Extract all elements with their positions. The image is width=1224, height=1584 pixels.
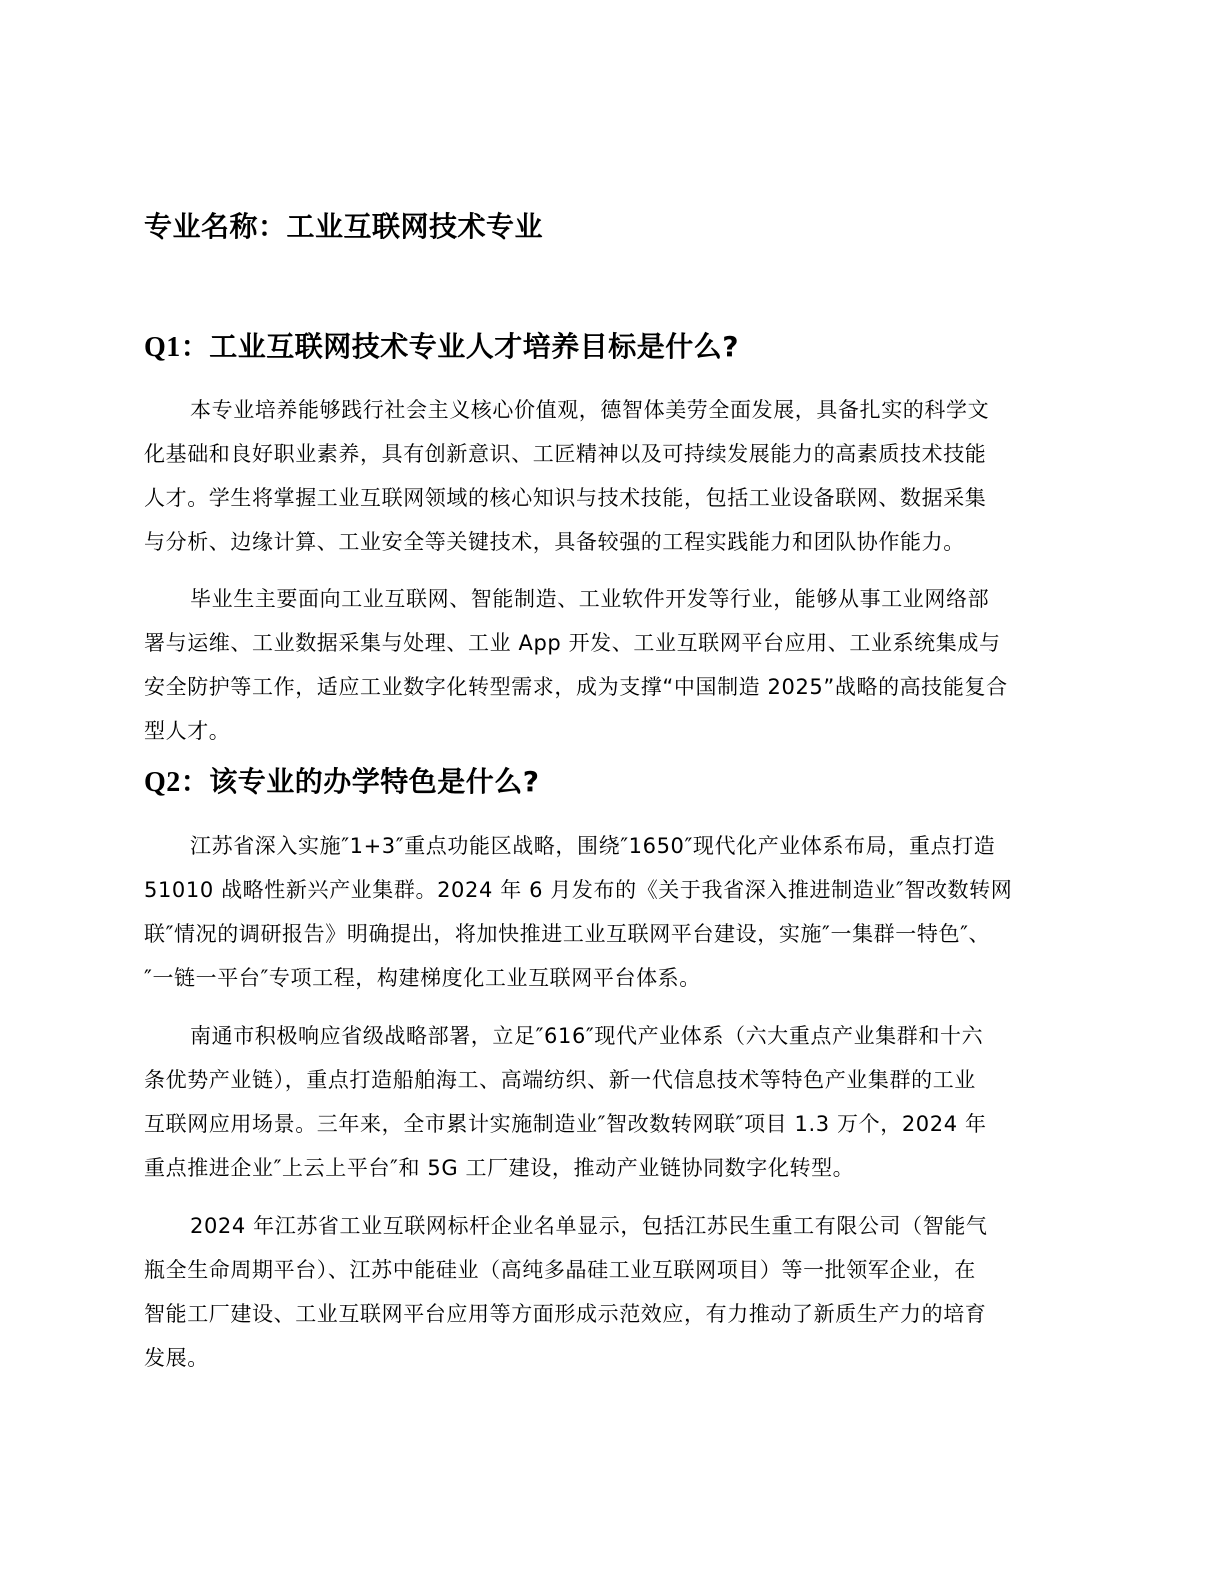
paragraph: 毕业生主要面向工业互联网、智能制造、工业软件开发等行业，能够从事工业网络部 署与…	[144, 577, 1074, 753]
text-line: 安全防护等工作，适应工业数字化转型需求，成为支撑“中国制造 2025”战略的高技…	[144, 665, 1074, 709]
text-line: 江苏省深入实施″1+3″重点功能区战略，围绕″1650″现代化产业体系布局，重点…	[144, 824, 1074, 868]
text-line: 联″情况的调研报告》明确提出，将加快推进工业互联网平台建设，实施″一集群一特色″…	[144, 912, 1074, 956]
text-line: 发展。	[144, 1336, 1074, 1380]
section-heading-q1: Q1：工业互联网技术专业人才培养目标是什么?	[144, 327, 739, 368]
text-line: 重点推进企业″上云上平台″和 5G 工厂建设，推动产业链协同数字化转型。	[144, 1146, 1074, 1190]
paragraph: 江苏省深入实施″1+3″重点功能区战略，围绕″1650″现代化产业体系布局，重点…	[144, 824, 1074, 1000]
text-line: 条优势产业链），重点打造船舶海工、高端纺织、新一代信息技术等特色产业集群的工业	[144, 1058, 1074, 1102]
text-line: 51010 战略性新兴产业集群。2024 年 6 月发布的《关于我省深入推进制造…	[144, 868, 1074, 912]
text-line: 互联网应用场景。三年来，全市累计实施制造业″智改数转网联″项目 1.3 万个，2…	[144, 1102, 1074, 1146]
text-line: 智能工厂建设、工业互联网平台应用等方面形成示范效应，有力推动了新质生产力的培育	[144, 1292, 1074, 1336]
paragraph: 南通市积极响应省级战略部署，立足″616″现代产业体系（六大重点产业集群和十六 …	[144, 1014, 1074, 1190]
text-line: 毕业生主要面向工业互联网、智能制造、工业软件开发等行业，能够从事工业网络部	[144, 577, 1074, 621]
heading-prefix: Q1	[144, 332, 181, 363]
section-heading-q2: Q2：该专业的办学特色是什么?	[144, 762, 540, 803]
text-line: ″一链一平台″专项工程，构建梯度化工业互联网平台体系。	[144, 956, 1074, 1000]
heading-text: ：工业互联网技术专业人才培养目标是什么?	[181, 330, 739, 363]
text-line: 型人才。	[144, 709, 1074, 753]
text-line: 化基础和良好职业素养，具有创新意识、工匠精神以及可持续发展能力的高素质技术技能	[144, 432, 1074, 476]
text-line: 与分析、边缘计算、工业安全等关键技术，具备较强的工程实践能力和团队协作能力。	[144, 520, 1074, 564]
text-line: 署与运维、工业数据采集与处理、工业 App 开发、工业互联网平台应用、工业系统集…	[144, 621, 1074, 665]
text-line: 瓶全生命周期平台）、江苏中能硅业（高纯多晶硅工业互联网项目）等一批领军企业，在	[144, 1248, 1074, 1292]
document-title: 专业名称：工业互联网技术专业	[144, 207, 543, 247]
paragraph: 2024 年江苏省工业互联网标杆企业名单显示，包括江苏民生重工有限公司（智能气 …	[144, 1204, 1074, 1380]
text-line: 南通市积极响应省级战略部署，立足″616″现代产业体系（六大重点产业集群和十六	[144, 1014, 1074, 1058]
heading-text: ：该专业的办学特色是什么?	[181, 765, 540, 798]
text-line: 本专业培养能够践行社会主义核心价值观，德智体美劳全面发展，具备扎实的科学文	[144, 388, 1074, 432]
heading-prefix: Q2	[144, 767, 181, 798]
text-line: 人才。学生将掌握工业互联网领域的核心知识与技术技能，包括工业设备联网、数据采集	[144, 476, 1074, 520]
text-line: 2024 年江苏省工业互联网标杆企业名单显示，包括江苏民生重工有限公司（智能气	[144, 1204, 1074, 1248]
paragraph: 本专业培养能够践行社会主义核心价值观，德智体美劳全面发展，具备扎实的科学文 化基…	[144, 388, 1074, 564]
